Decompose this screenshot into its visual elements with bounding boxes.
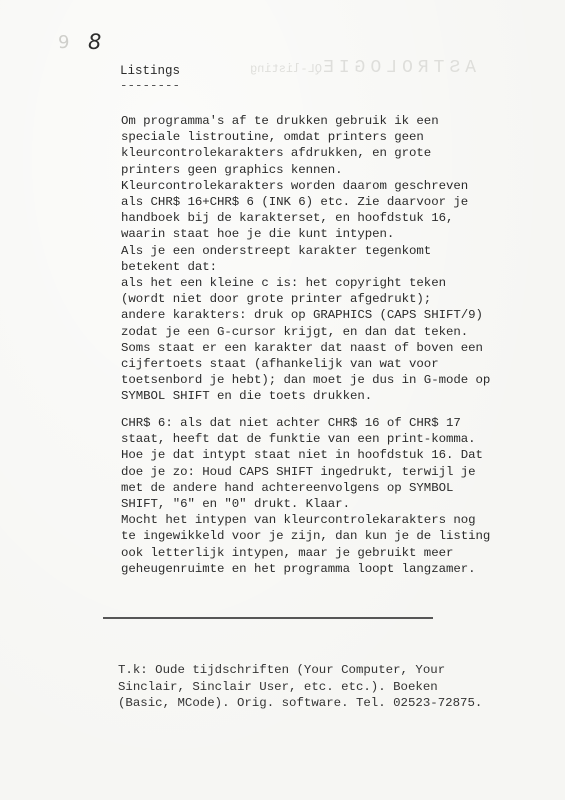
page-number: 8: [88, 30, 101, 54]
section-heading-underline: --------: [120, 79, 180, 94]
classified-ad: T.k: Oude tijdschriften (Your Computer, …: [118, 662, 482, 712]
margin-pencil-mark: 9: [58, 32, 69, 53]
horizontal-rule: [103, 617, 433, 619]
paragraph-listing-notes: Om programma's af te drukken gebruik ik …: [121, 113, 490, 405]
bleed-through-subtitle: QL-listing: [250, 62, 322, 76]
section-heading: Listings: [120, 64, 180, 79]
paragraph-chr6-notes: CHR$ 6: als dat niet achter CHR$ 16 of C…: [121, 415, 490, 577]
bleed-through-title: ASTROLOGIE: [318, 58, 476, 78]
scanned-page: ASTROLOGIE QL-listing 9 8 Listings -----…: [0, 0, 565, 800]
